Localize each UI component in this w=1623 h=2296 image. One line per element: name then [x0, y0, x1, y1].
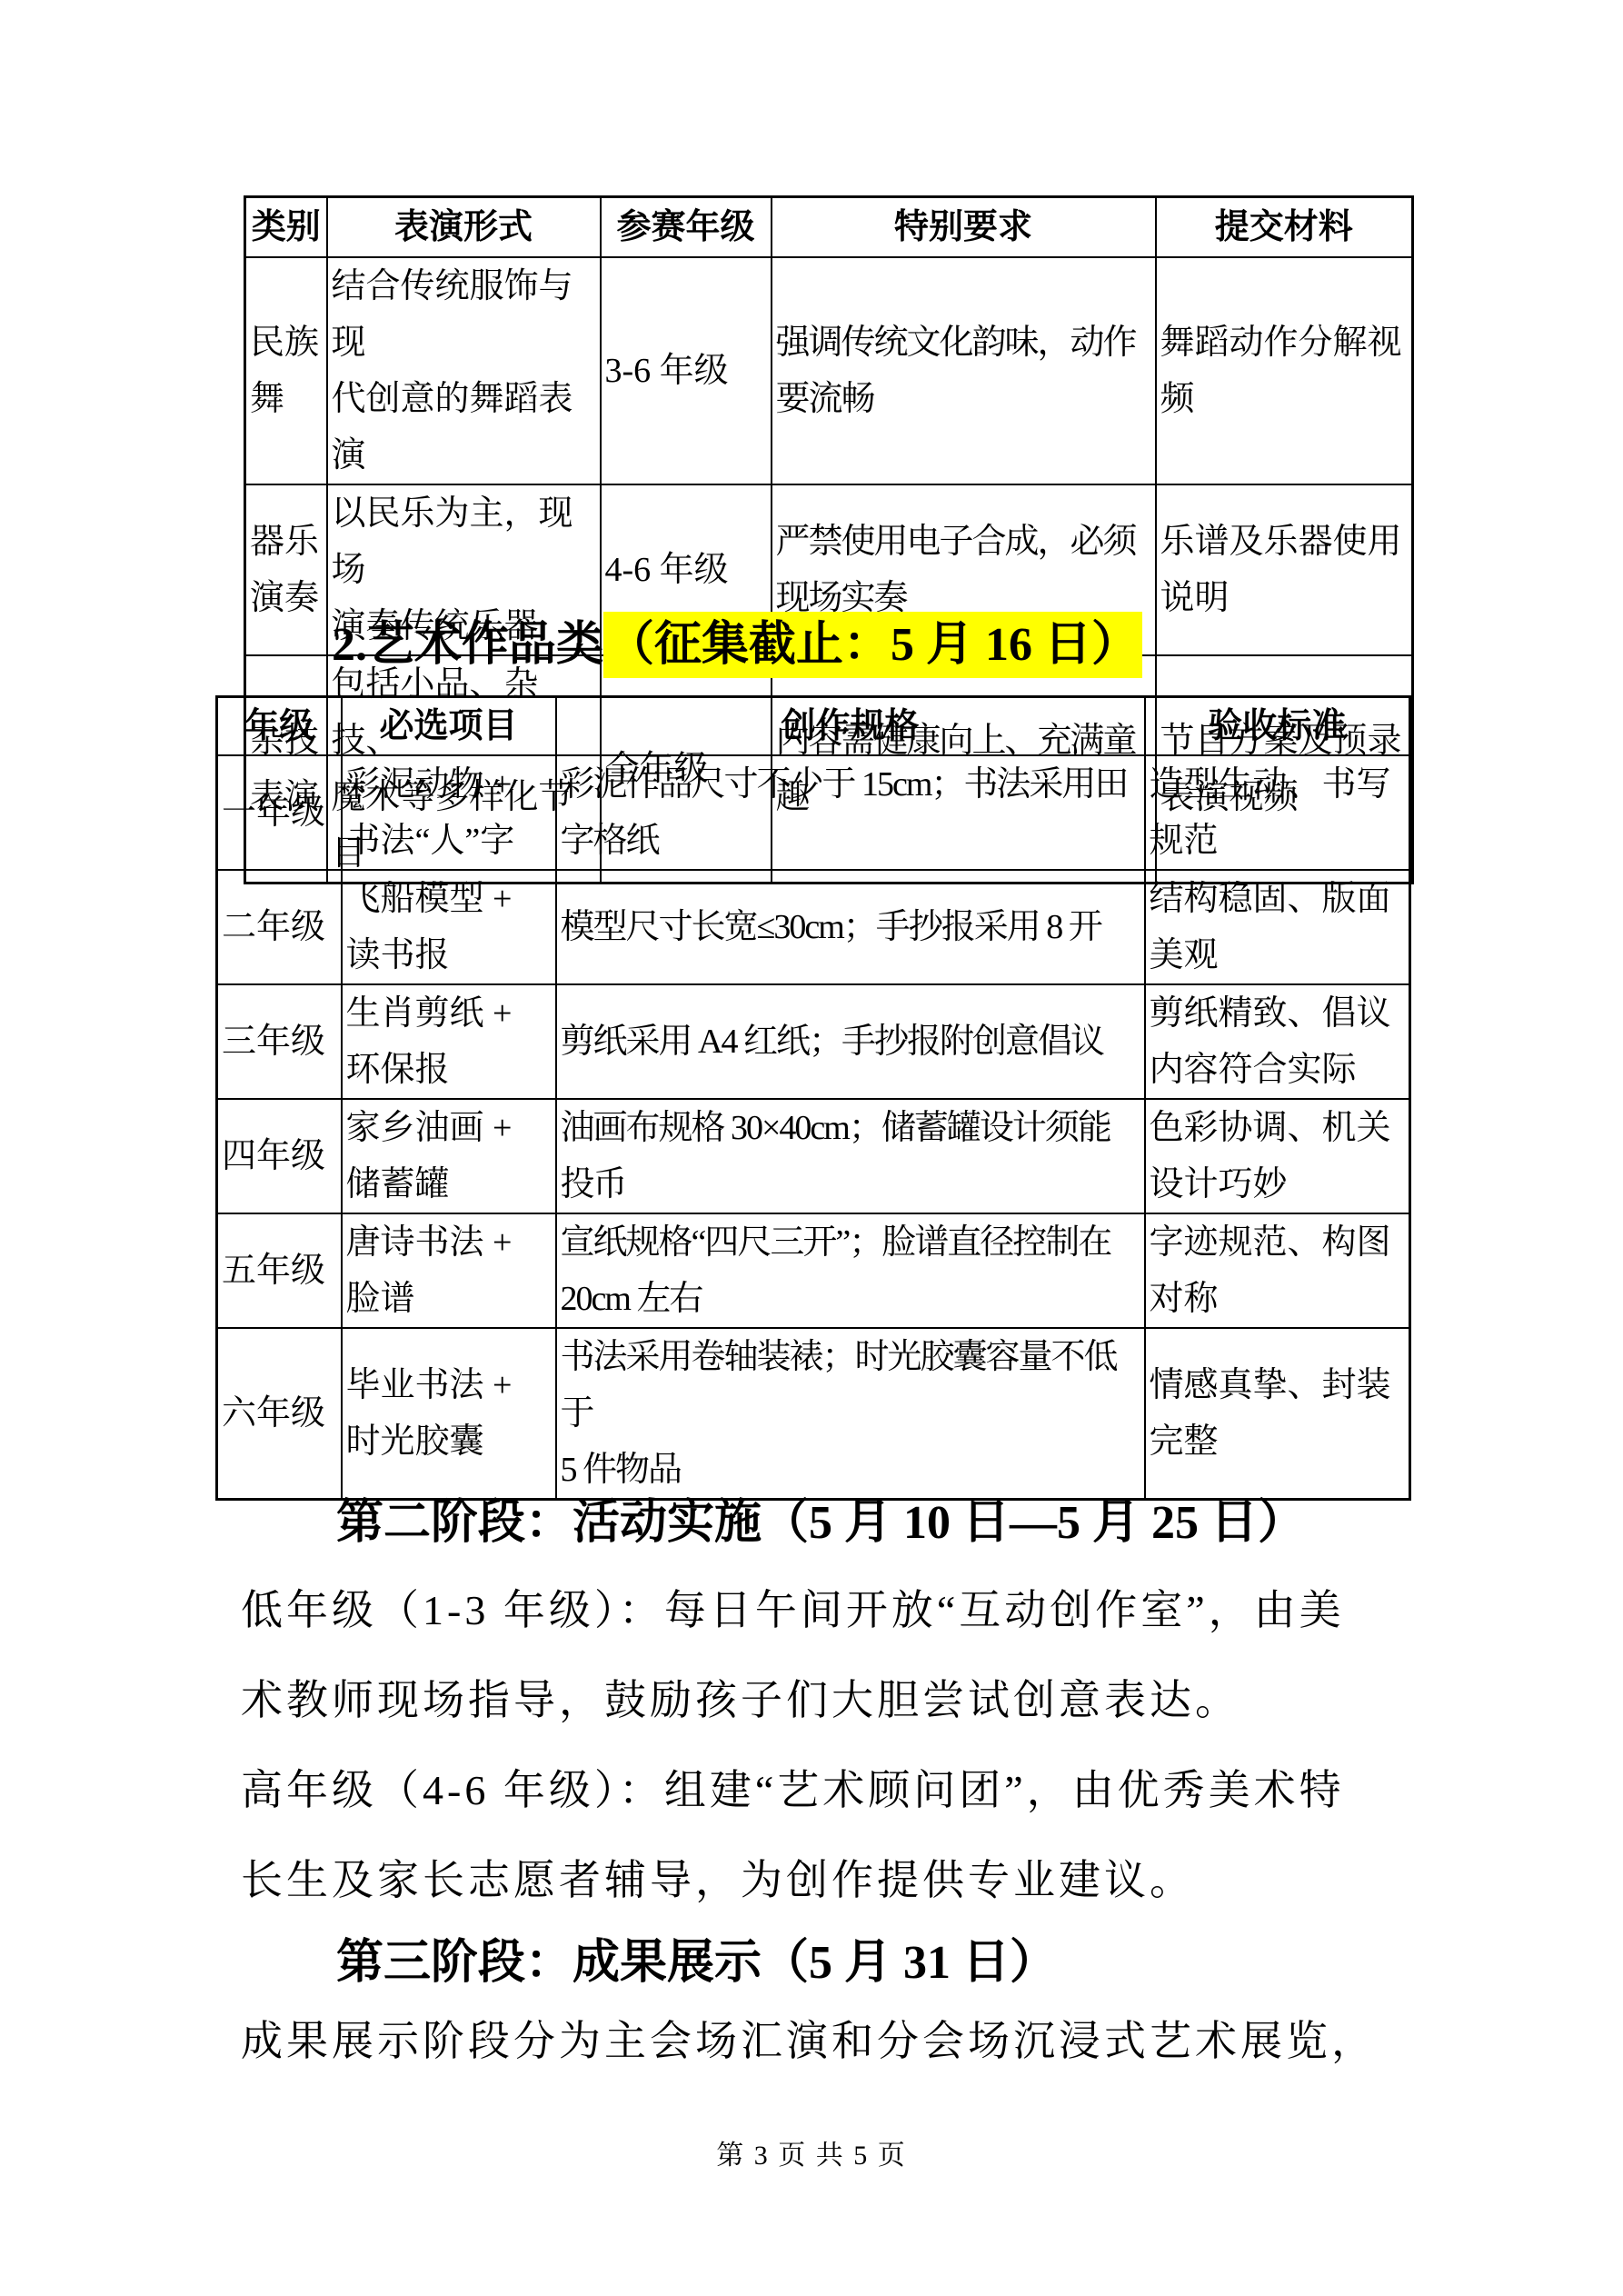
table-row: 民族 舞 结合传统服饰与现 代创意的舞蹈表演 3-6 年级 强调传统文化韵味，动…	[245, 257, 1413, 484]
cell-project: 毕业书法 + 时光胶囊	[342, 1328, 556, 1500]
cell-project: 生肖剪纸 + 环保报	[342, 984, 556, 1099]
column-header-project: 必选项目	[342, 697, 556, 756]
cell-standard: 造型生动、书写 规范	[1145, 755, 1410, 870]
document-page: 类别 表演形式 参赛年级 特别要求 提交材料 民族 舞 结合传统服饰与现 代创意…	[0, 0, 1623, 2296]
column-header-spec: 创作规格	[556, 697, 1145, 756]
cell-spec: 油画布规格 30×40cm；储蓄罐设计须能 投币	[556, 1099, 1145, 1213]
cell-grade: 一年级	[217, 755, 342, 870]
cell-standard: 字迹规范、构图 对称	[1145, 1213, 1410, 1328]
cell-form: 结合传统服饰与现 代创意的舞蹈表演	[327, 257, 601, 484]
table-row: 四年级 家乡油画 + 储蓄罐 油画布规格 30×40cm；储蓄罐设计须能 投币 …	[217, 1099, 1410, 1213]
page-number: 第 3 页 共 5 页	[0, 2132, 1623, 2172]
paragraph-low-grades: 低年级（1-3 年级）：每日午间开放“互动创作室”，由美 术教师现场指导，鼓励孩…	[241, 1565, 1422, 1745]
cell-spec: 宣纸规格“四尺三开”；脸谱直径控制在 20cm 左右	[556, 1213, 1145, 1328]
cell-standard: 色彩协调、机关 设计巧妙	[1145, 1099, 1410, 1213]
paragraph-high-grades: 高年级（4-6 年级）：组建“艺术顾问团”，由优秀美术特 长生及家长志愿者辅导，…	[241, 1745, 1422, 1925]
cell-spec: 模型尺寸长宽≤30cm；手抄报采用 8 开	[556, 870, 1145, 984]
cell-grade: 三年级	[217, 984, 342, 1099]
section-heading-artwork: 2.艺术作品类（征集截止：5 月 16 日）	[332, 613, 1142, 678]
table-row: 三年级 生肖剪纸 + 环保报 剪纸采用 A4 红纸；手抄报附创意倡议 剪纸精致、…	[217, 984, 1410, 1099]
section-heading-prefix: 2.艺术作品类	[332, 619, 603, 671]
cell-grade: 六年级	[217, 1328, 342, 1500]
cell-spec: 彩泥作品尺寸不少于 15cm；书法采用田 字格纸	[556, 755, 1145, 870]
stage3-heading: 第三阶段：成果展示（5 月 31 日）	[336, 1931, 1057, 1996]
cell-grade: 3-6 年级	[601, 257, 772, 484]
column-header-form: 表演形式	[327, 197, 601, 257]
cell-project: 唐诗书法 + 脸谱	[342, 1213, 556, 1328]
deadline-highlight: （征集截止：5 月 16 日）	[603, 612, 1142, 678]
table-row: 六年级 毕业书法 + 时光胶囊 书法采用卷轴装裱；时光胶囊容量不低于 5 件物品…	[217, 1328, 1410, 1500]
column-header-standard: 验收标准	[1145, 697, 1410, 756]
column-header-category: 类别	[245, 197, 327, 257]
table-row: 五年级 唐诗书法 + 脸谱 宣纸规格“四尺三开”；脸谱直径控制在 20cm 左右…	[217, 1213, 1410, 1328]
cell-standard: 结构稳固、版面 美观	[1145, 870, 1410, 984]
cell-material: 舞蹈动作分解视 频	[1156, 257, 1413, 484]
cell-standard: 情感真挚、封装 完整	[1145, 1328, 1410, 1500]
artwork-table: 年级 必选项目 创作规格 验收标准 一年级 彩泥动物 + 书法“人”字 彩泥作品…	[215, 695, 1411, 1501]
cell-category: 民族 舞	[245, 257, 327, 484]
cell-grade: 四年级	[217, 1099, 342, 1213]
cell-project: 飞船模型 + 读书报	[342, 870, 556, 984]
table-row: 一年级 彩泥动物 + 书法“人”字 彩泥作品尺寸不少于 15cm；书法采用田 字…	[217, 755, 1410, 870]
cell-material: 乐谱及乐器使用 说明	[1156, 484, 1413, 655]
cell-standard: 剪纸精致、倡议 内容符合实际	[1145, 984, 1410, 1099]
column-header-requirement: 特别要求	[772, 197, 1156, 257]
stage2-heading: 第二阶段：活动实施（5 月 10 日—5 月 25 日）	[336, 1491, 1305, 1556]
cell-project: 彩泥动物 + 书法“人”字	[342, 755, 556, 870]
cell-grade: 五年级	[217, 1213, 342, 1328]
column-header-grade: 参赛年级	[601, 197, 772, 257]
artwork-table-header-row: 年级 必选项目 创作规格 验收标准	[217, 697, 1410, 756]
performance-table-header-row: 类别 表演形式 参赛年级 特别要求 提交材料	[245, 197, 1413, 257]
cell-grade: 二年级	[217, 870, 342, 984]
table-row: 二年级 飞船模型 + 读书报 模型尺寸长宽≤30cm；手抄报采用 8 开 结构稳…	[217, 870, 1410, 984]
cell-requirement: 强调传统文化韵味，动作 要流畅	[772, 257, 1156, 484]
cell-category: 器乐 演奏	[245, 484, 327, 655]
cell-project: 家乡油画 + 储蓄罐	[342, 1099, 556, 1213]
cell-spec: 剪纸采用 A4 红纸；手抄报附创意倡议	[556, 984, 1145, 1099]
column-header-material: 提交材料	[1156, 197, 1413, 257]
column-header-grade: 年级	[217, 697, 342, 756]
paragraph-showcase: 成果展示阶段分为主会场汇演和分会场沉浸式艺术展览，	[241, 1996, 1422, 2086]
cell-spec: 书法采用卷轴装裱；时光胶囊容量不低于 5 件物品	[556, 1328, 1145, 1500]
